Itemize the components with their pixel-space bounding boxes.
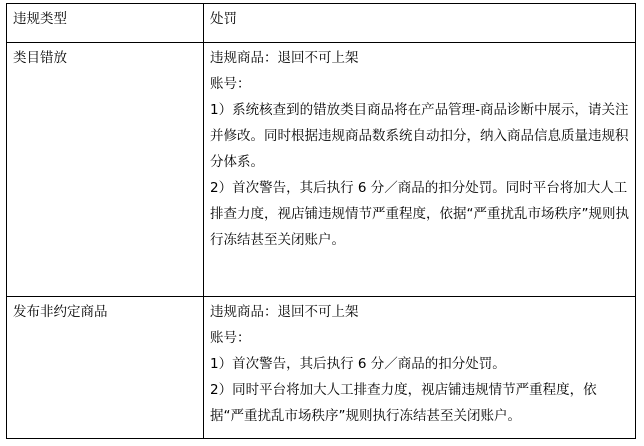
account-label: 账号： (210, 71, 629, 97)
penalty-item: 1）系统核查到的错放类目商品将在产品管理-商品诊断中展示，请关注并修改。同时根据… (210, 97, 629, 175)
violation-rules-table: 违规类型 处罚 类目错放 违规商品：退回不可上架 账号： 1）系统核查到的错放类… (6, 3, 636, 439)
penalty-item: 1）首次警告，其后执行 6 分／商品的扣分处罚。 (210, 351, 629, 377)
table-header-row: 违规类型 处罚 (7, 4, 636, 43)
type-cell: 类目错放 (7, 43, 204, 297)
header-type-label: 违规类型 (13, 6, 203, 32)
type-cell: 发布非约定商品 (7, 297, 204, 439)
header-cell-type: 违规类型 (7, 4, 204, 43)
penalty-cell: 违规商品：退回不可上架 账号： 1）系统核查到的错放类目商品将在产品管理-商品诊… (204, 43, 636, 297)
penalty-item: 2）首次警告，其后执行 6 分／商品的扣分处罚。同时平台将加大人工排查力度，视店… (210, 175, 629, 253)
header-cell-penalty: 处罚 (204, 4, 636, 43)
penalty-item: 2）同时平台将加大人工排查力度，视店铺违规情节严重程度，依据“严重扰乱市场秩序”… (210, 377, 629, 429)
goods-penalty: 违规商品：退回不可上架 (210, 45, 629, 71)
violation-type: 类目错放 (13, 45, 203, 71)
header-penalty-label: 处罚 (210, 6, 629, 32)
penalty-cell: 违规商品：退回不可上架 账号： 1）首次警告，其后执行 6 分／商品的扣分处罚。… (204, 297, 636, 439)
violation-type: 发布非约定商品 (13, 299, 203, 325)
goods-penalty: 违规商品：退回不可上架 (210, 299, 629, 325)
table-row: 发布非约定商品 违规商品：退回不可上架 账号： 1）首次警告，其后执行 6 分／… (7, 297, 636, 439)
account-label: 账号： (210, 325, 629, 351)
table-row: 类目错放 违规商品：退回不可上架 账号： 1）系统核查到的错放类目商品将在产品管… (7, 43, 636, 297)
